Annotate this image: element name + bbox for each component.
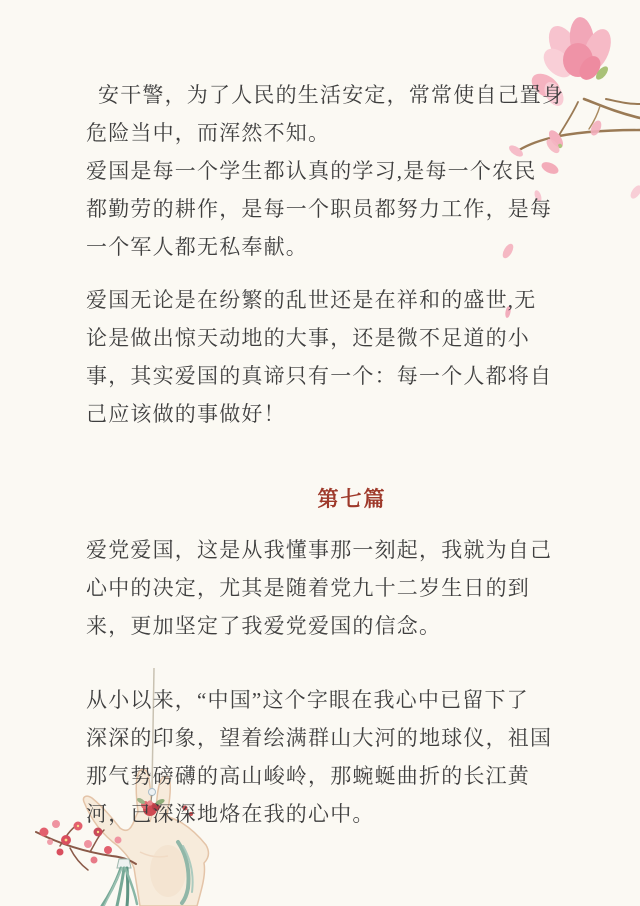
- essay-text-column: 安干警，为了人民的生活安定，常常使自己置身 危险当中，而浑然不知。 爱国是每一个…: [86, 76, 572, 833]
- text-line: 爱国无论是在纷繁的乱世还是在祥和的盛世,无: [86, 281, 572, 319]
- section-heading: 第七篇: [86, 480, 572, 518]
- text-line: 来，更加坚定了我爱党爱国的信念。: [86, 607, 572, 645]
- tassel: [102, 859, 137, 906]
- text-line: 都勤劳的耕作，是每一个职员都努力工作，是每: [86, 190, 572, 228]
- paragraph: 爱国无论是在纷繁的乱世还是在祥和的盛世,无 论是做出惊天动地的大事，还是微不足道…: [86, 281, 572, 433]
- magnolia-bloom: [538, 16, 616, 84]
- paragraph: 爱党爱国，这是从我懂事那一刻起，我就为自己 心中的决定，尤其是随着党九十二岁生日…: [86, 531, 572, 645]
- text-line: 深深的印象，望着绘满群山大河的地球仪，祖国: [86, 719, 572, 757]
- text-line: 论是做出惊天动地的大事，还是微不足道的小: [86, 319, 572, 357]
- text-line: 一个军人都无私奉献。: [86, 228, 572, 266]
- teal-ribbon: [178, 842, 193, 903]
- text-line: 危险当中，而浑然不知。: [86, 114, 572, 152]
- paragraph: 从小以来，“中国”这个字眼在我心中已留下了 深深的印象，望着绘满群山大河的地球仪…: [86, 681, 572, 833]
- text-line: 己应该做的事做好！: [86, 395, 572, 433]
- text-line: 爱国是每一个学生都认真的学习,是每一个农民: [86, 152, 572, 190]
- text-line: 安干警，为了人民的生活安定，常常使自己置身: [86, 76, 572, 114]
- text-line: 从小以来，“中国”这个字眼在我心中已留下了: [86, 681, 572, 719]
- document-page: 安干警，为了人民的生活安定，常常使自己置身 危险当中，而浑然不知。 爱国是每一个…: [0, 0, 640, 906]
- text-line: 事，其实爱国的真谛只有一个：每一个人都将自: [86, 357, 572, 395]
- text-line: 那气势磅礴的高山峻岭，那蜿蜒曲折的长江黄: [86, 757, 572, 795]
- text-line: 爱党爱国，这是从我懂事那一刻起，我就为自己: [86, 531, 572, 569]
- text-line: 心中的决定，尤其是随着党九十二岁生日的到: [86, 569, 572, 607]
- paragraph: 安干警，为了人民的生活安定，常常使自己置身 危险当中，而浑然不知。 爱国是每一个…: [86, 76, 572, 266]
- text-line: 河，已深深地烙在我的心中。: [86, 795, 572, 833]
